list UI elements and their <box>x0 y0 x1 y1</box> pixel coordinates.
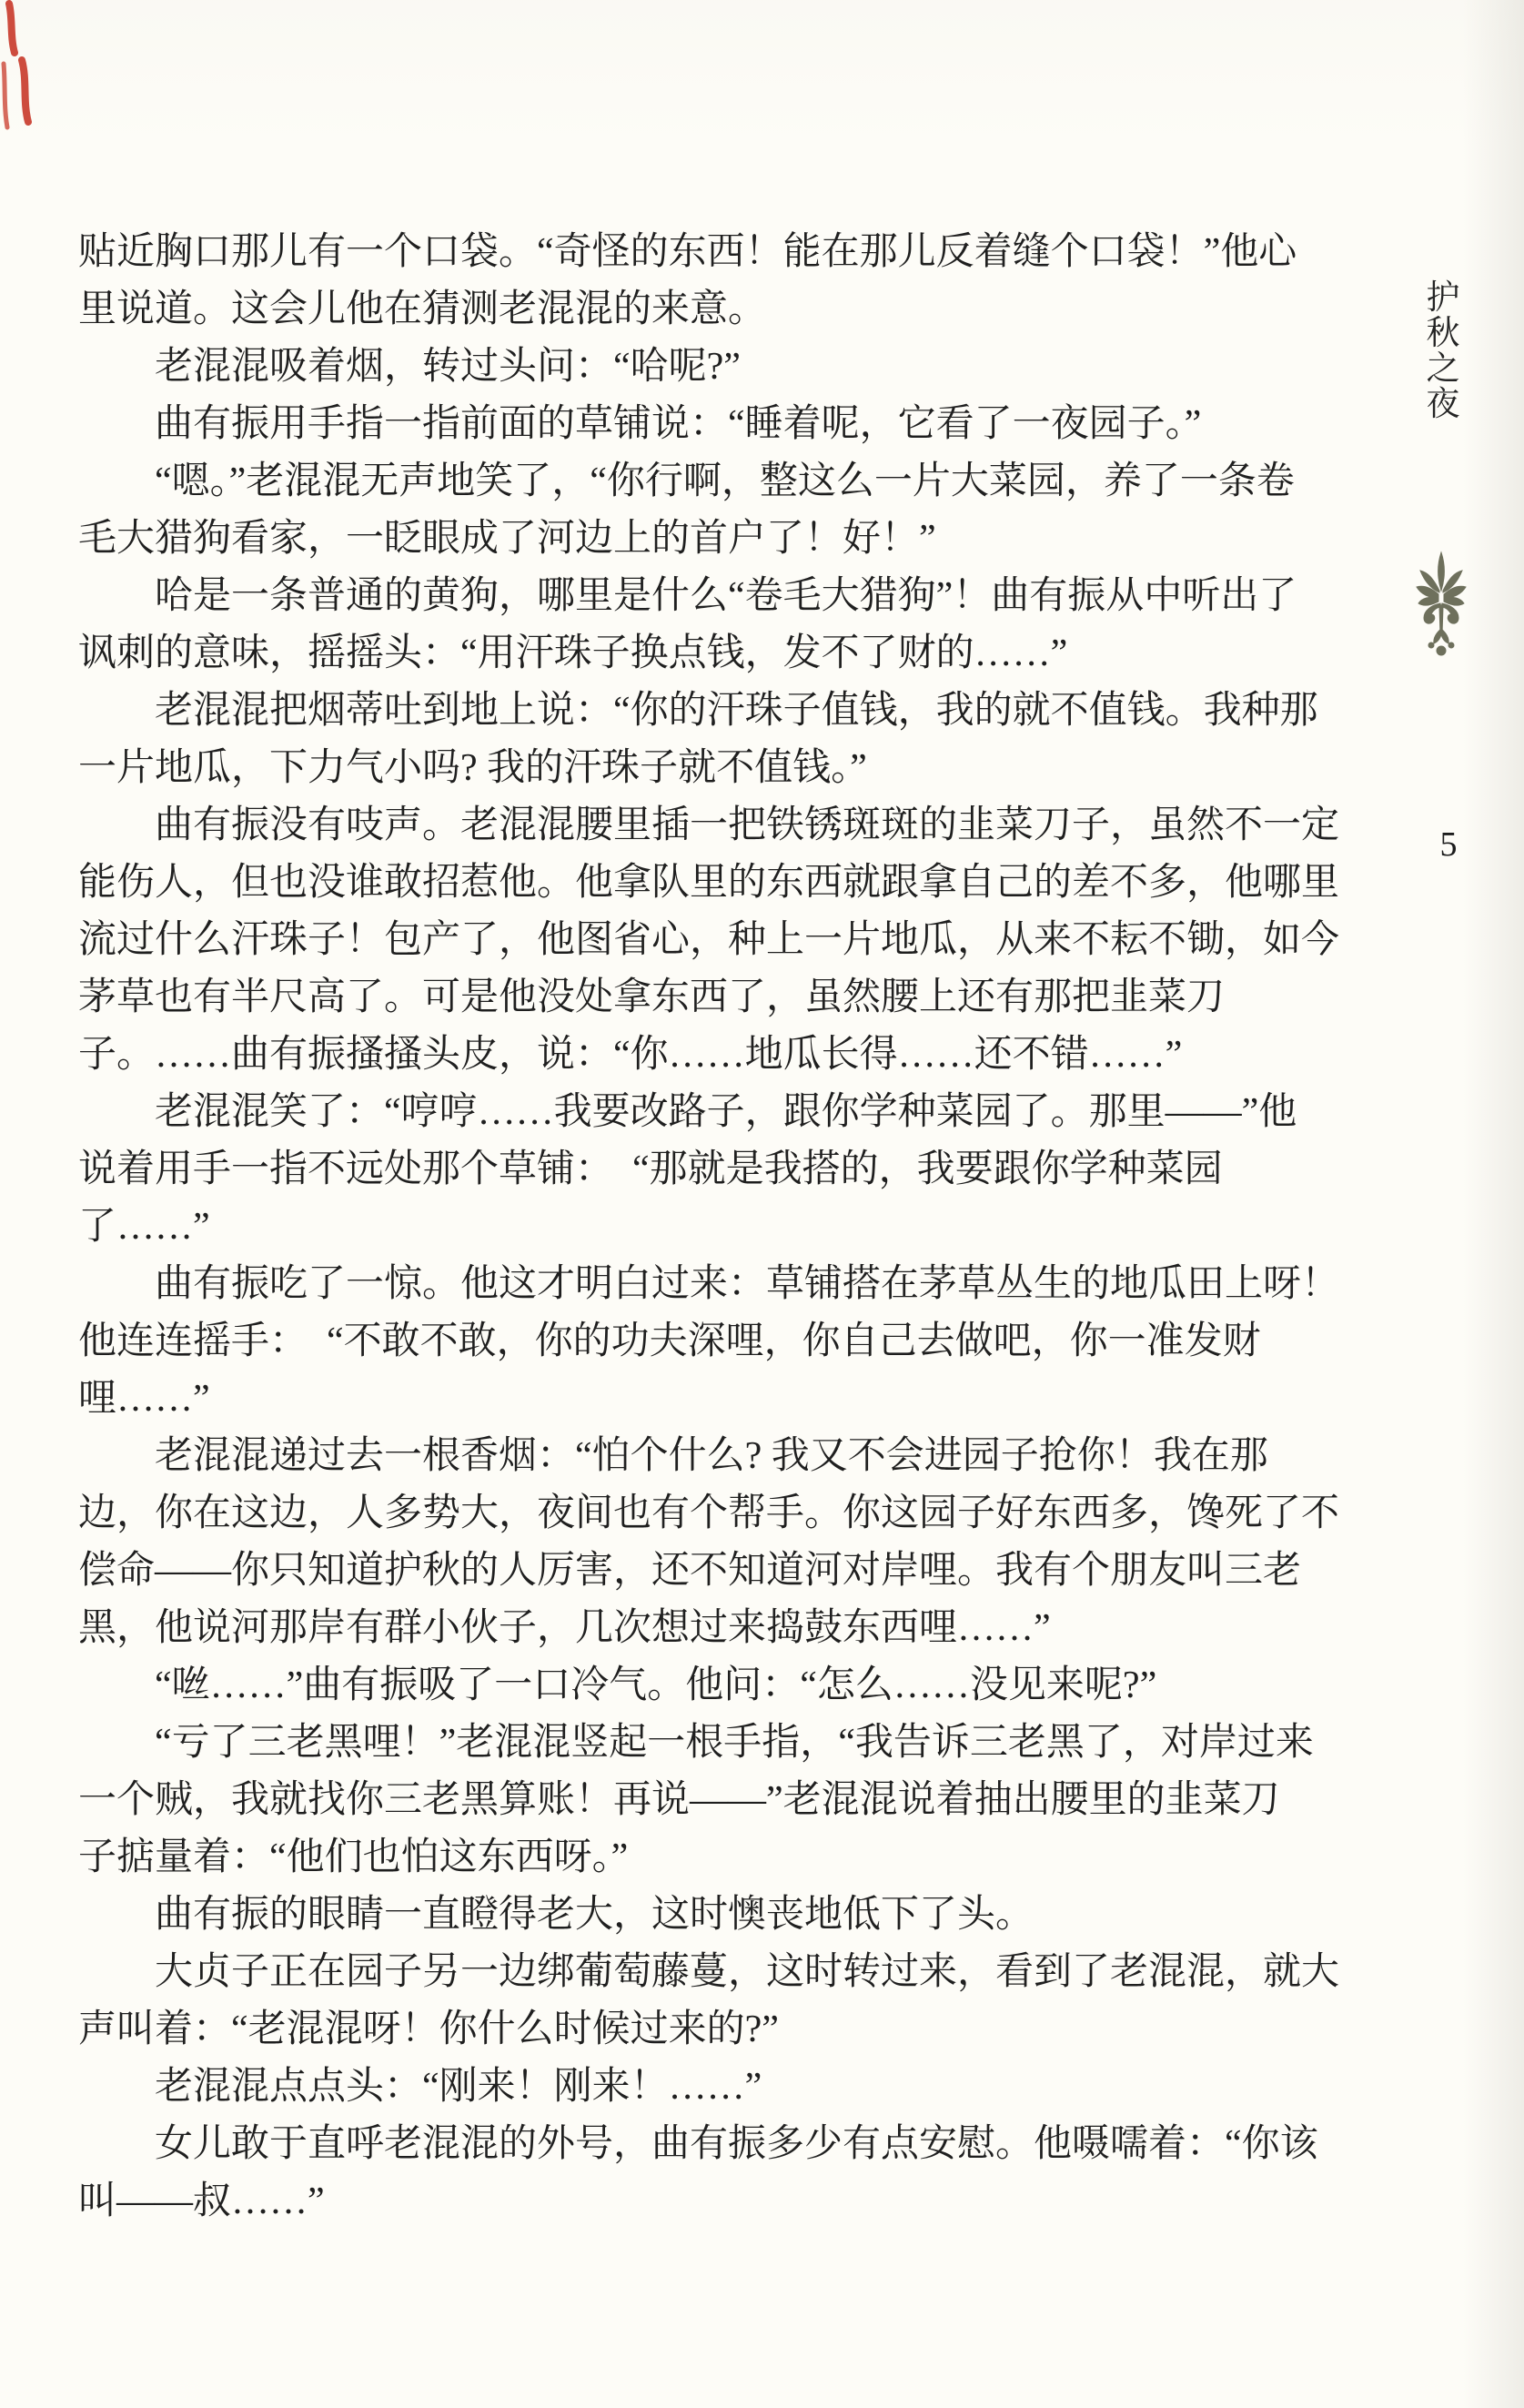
text-line: 一个贼，我就找你三老黑算账！再说——”老混混说着抽出腰里的韭菜刀 <box>78 1772 1352 1829</box>
text-line: 里说道。这会儿他在猜测老混混的来意。 <box>78 281 1352 339</box>
text-line: 贴近胸口那儿有一个口袋。“奇怪的东西！能在那儿反着缝个口袋！”他心 <box>78 224 1352 281</box>
text-line: 讽刺的意味，摇摇头：“用汗珠子换点钱，发不了财的……” <box>78 625 1352 683</box>
red-pen-edge-mark-icon <box>0 0 55 146</box>
text-line: 偿命——你只知道护秋的人厉害，还不知道河对岸哩。我有个朋友叫三老 <box>78 1543 1352 1600</box>
text-line: 哩……” <box>78 1371 1352 1428</box>
text-line: 叫——叔……” <box>78 2173 1352 2231</box>
text-line: 哈是一条普通的黄狗，哪里是什么“卷毛大猎狗”！曲有振从中听出了 <box>78 568 1352 625</box>
text-line: 曲有振用手指一指前面的草铺说：“睡着呢，它看了一夜园子。” <box>78 396 1352 453</box>
text-line: 流过什么汗珠子！包产了，他图省心，种上一片地瓜，从来不耘不锄，如今 <box>78 912 1352 969</box>
text-line: 老混混笑了：“哼哼……我要改路子，跟你学种菜园了。那里——”他 <box>78 1084 1352 1141</box>
text-line: 老混混吸着烟，转过头问：“哈呢?” <box>78 339 1352 396</box>
text-line: 茅草也有半尺高了。可是他没处拿东西了，虽然腰上还有那把韭菜刀 <box>78 969 1352 1027</box>
book-page: 贴近胸口那儿有一个口袋。“奇怪的东西！能在那儿反着缝个口袋！”他心里说道。这会儿… <box>0 0 1524 2408</box>
text-line: 老混混点点头：“刚来！刚来！……” <box>78 2059 1352 2116</box>
text-line: “咝……”曲有振吸了一口冷气。他问：“怎么……没见来呢?” <box>78 1657 1352 1715</box>
text-line: 声叫着：“老混混呀！你什么时候过来的?” <box>78 2001 1352 2059</box>
margin-title-char: 护 <box>1422 280 1464 316</box>
margin-title-char: 秋 <box>1422 316 1464 351</box>
text-line: 子。……曲有振搔搔头皮，说：“你……地瓜长得……还不错……” <box>78 1027 1352 1084</box>
text-line: 能伤人，但也没谁敢招惹他。他拿队里的东西就跟拿自己的差不多，他哪里 <box>78 855 1352 912</box>
text-line: 曲有振的眼睛一直瞪得老大，这时懊丧地低下了头。 <box>78 1887 1352 1944</box>
text-line: 边，你在这边，人多势大，夜间也有个帮手。你这园子好东西多，馋死了不 <box>78 1485 1352 1543</box>
text-line: 说着用手一指不远处那个草铺： “那就是我搭的，我要跟你学种菜园 <box>78 1141 1352 1199</box>
body-text: 贴近胸口那儿有一个口袋。“奇怪的东西！能在那儿反着缝个口袋！”他心里说道。这会儿… <box>78 224 1352 2231</box>
text-line: 一片地瓜，下力气小吗? 我的汗珠子就不值钱。” <box>78 740 1352 797</box>
text-line: 大贞子正在园子另一边绑葡萄藤蔓，这时转过来，看到了老混混，就大 <box>78 1944 1352 2001</box>
text-line: 黑，他说河那岸有群小伙子，几次想过来捣鼓东西哩……” <box>78 1600 1352 1657</box>
text-line: 他连连摇手： “不敢不敢，你的功夫深哩，你自己去做吧，你一准发财 <box>78 1313 1352 1371</box>
palmette-ornament-icon <box>1411 551 1471 665</box>
text-line: 女儿敢于直呼老混混的外号，曲有振多少有点安慰。他嗫嚅着：“你该 <box>78 2116 1352 2173</box>
text-line: 毛大猎狗看家，一眨眼成了河边上的首户了！好！” <box>78 511 1352 568</box>
text-line: 子掂量着：“他们也怕这东西呀。” <box>78 1829 1352 1887</box>
text-line: 老混混把烟蒂吐到地上说：“你的汗珠子值钱，我的就不值钱。我种那 <box>78 683 1352 740</box>
text-line: 曲有振吃了一惊。他这才明白过来：草铺搭在茅草丛生的地瓜田上呀！ <box>78 1256 1352 1313</box>
margin-title: 护秋之夜 <box>1422 280 1464 422</box>
margin-title-char: 之 <box>1422 351 1464 387</box>
text-line: “亏了三老黑哩！”老混混竖起一根手指，“我告诉三老黑了，对岸过来 <box>78 1715 1352 1772</box>
text-line: 曲有振没有吱声。老混混腰里插一把铁锈斑斑的韭菜刀子，虽然不一定 <box>78 797 1352 855</box>
text-line: 了……” <box>78 1199 1352 1256</box>
margin-title-char: 夜 <box>1422 387 1464 422</box>
page-number: 5 <box>1430 825 1467 865</box>
text-line: 老混混递过去一根香烟：“怕个什么? 我又不会进园子抢你！我在那 <box>78 1428 1352 1485</box>
text-line: “嗯。”老混混无声地笑了，“你行啊，整这么一片大菜园，养了一条卷 <box>78 453 1352 511</box>
